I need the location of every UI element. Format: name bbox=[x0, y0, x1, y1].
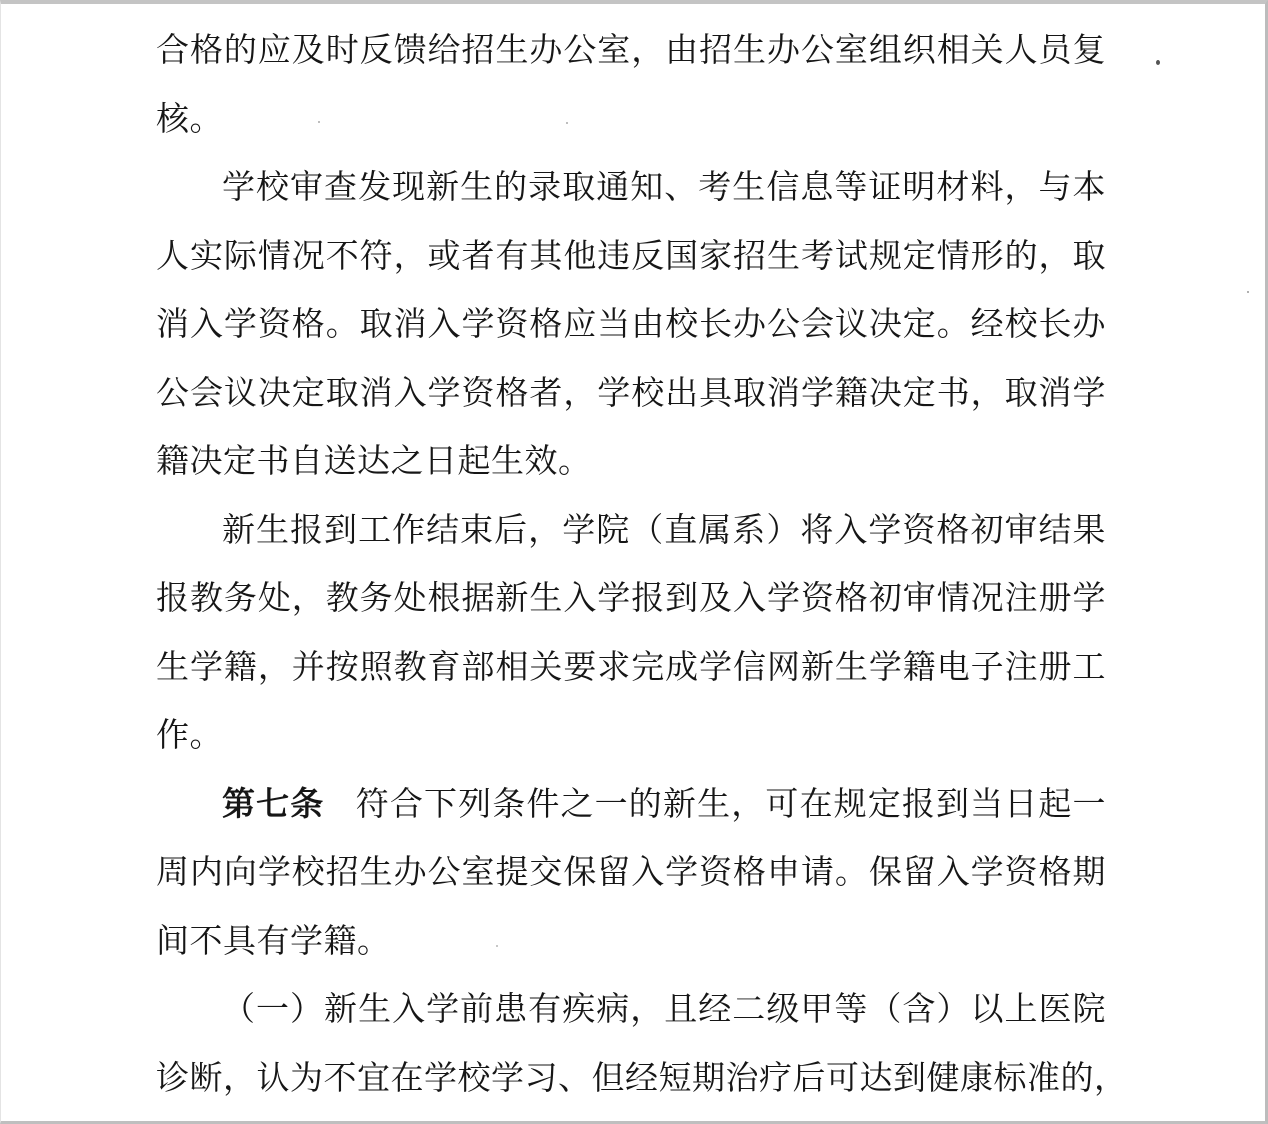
text-line-content: 作。 bbox=[156, 718, 223, 754]
text-line: 新生报到工作结束后，学院（直属系）将入学资格初审结果 bbox=[156, 497, 1106, 566]
article-number-label: 第七条 bbox=[222, 787, 324, 823]
text-line-content: 籍决定书自送达之日起生效。 bbox=[156, 444, 592, 480]
scan-speck bbox=[1156, 60, 1160, 65]
text-line-content: 间不具有学籍。 bbox=[156, 924, 391, 960]
text-line: 人实际情况不符，或者有其他违反国家招生考试规定情形的，取 bbox=[156, 223, 1106, 292]
text-line: 公会议决定取消入学资格者，学校出具取消学籍决定书，取消学 bbox=[156, 360, 1106, 429]
text-line-content: 符合下列条件之一的新生，可在规定报到当日起一 bbox=[356, 787, 1106, 823]
text-line-content: 学校审查发现新生的录取通知、考生信息等证明材料，与本 bbox=[222, 170, 1106, 206]
text-line: 消入学资格。取消入学资格应当由校长办公会议决定。经校长办 bbox=[156, 291, 1106, 360]
text-line-content: （一）新生入学前患有疾病，且经二级甲等（含）以上医院 bbox=[222, 992, 1106, 1028]
text-line: （一）新生入学前患有疾病，且经二级甲等（含）以上医院 bbox=[156, 976, 1106, 1045]
text-line-content: 核。 bbox=[156, 102, 223, 138]
text-line-content: 公会议决定取消入学资格者，学校出具取消学籍决定书，取消学 bbox=[156, 376, 1106, 412]
text-line-content: 消入学资格。取消入学资格应当由校长办公会议决定。经校长办 bbox=[156, 307, 1106, 343]
text-line-content: 诊断，认为不宜在学校学习、但经短期治疗后可达到健康标准的， bbox=[156, 1061, 1128, 1097]
text-line: 间不具有学籍。 bbox=[156, 908, 1106, 977]
text-line: 诊断，认为不宜在学校学习、但经短期治疗后可达到健康标准的， bbox=[156, 1045, 1106, 1114]
text-line: 周内向学校招生办公室提交保留入学资格申请。保留入学资格期 bbox=[156, 839, 1106, 908]
scan-speck bbox=[566, 122, 568, 124]
text-line-content: 合格的应及时反馈给招生办公室，由招生办公室组织相关人员复 bbox=[156, 33, 1106, 69]
text-line-content: 周内向学校招生办公室提交保留入学资格申请。保留入学资格期 bbox=[156, 855, 1106, 891]
text-line: 合格的应及时反馈给招生办公室，由招生办公室组织相关人员复 bbox=[156, 17, 1106, 86]
document-text-block: 合格的应及时反馈给招生办公室，由招生办公室组织相关人员复 核。 学校审查发现新生… bbox=[156, 17, 1106, 1113]
scan-speck bbox=[496, 945, 498, 947]
text-line: 核。 bbox=[156, 86, 1106, 155]
text-line: 籍决定书自送达之日起生效。 bbox=[156, 428, 1106, 497]
document-page: 合格的应及时反馈给招生办公室，由招生办公室组织相关人员复 核。 学校审查发现新生… bbox=[0, 0, 1268, 1124]
text-line: 作。 bbox=[156, 702, 1106, 771]
text-line-content: 新生报到工作结束后，学院（直属系）将入学资格初审结果 bbox=[222, 513, 1106, 549]
text-line: 学校审查发现新生的录取通知、考生信息等证明材料，与本 bbox=[156, 154, 1106, 223]
text-line-content: 人实际情况不符，或者有其他违反国家招生考试规定情形的，取 bbox=[156, 239, 1106, 275]
text-line: 生学籍，并按照教育部相关要求完成学信网新生学籍电子注册工 bbox=[156, 634, 1106, 703]
text-line-content: 生学籍，并按照教育部相关要求完成学信网新生学籍电子注册工 bbox=[156, 650, 1106, 686]
text-line: 第七条符合下列条件之一的新生，可在规定报到当日起一 bbox=[156, 771, 1106, 840]
text-line: 报教务处，教务处根据新生入学报到及入学资格初审情况注册学 bbox=[156, 565, 1106, 634]
text-line-content: 报教务处，教务处根据新生入学报到及入学资格初审情况注册学 bbox=[156, 581, 1106, 617]
scan-speck bbox=[1247, 291, 1249, 293]
scan-speck bbox=[318, 121, 320, 123]
